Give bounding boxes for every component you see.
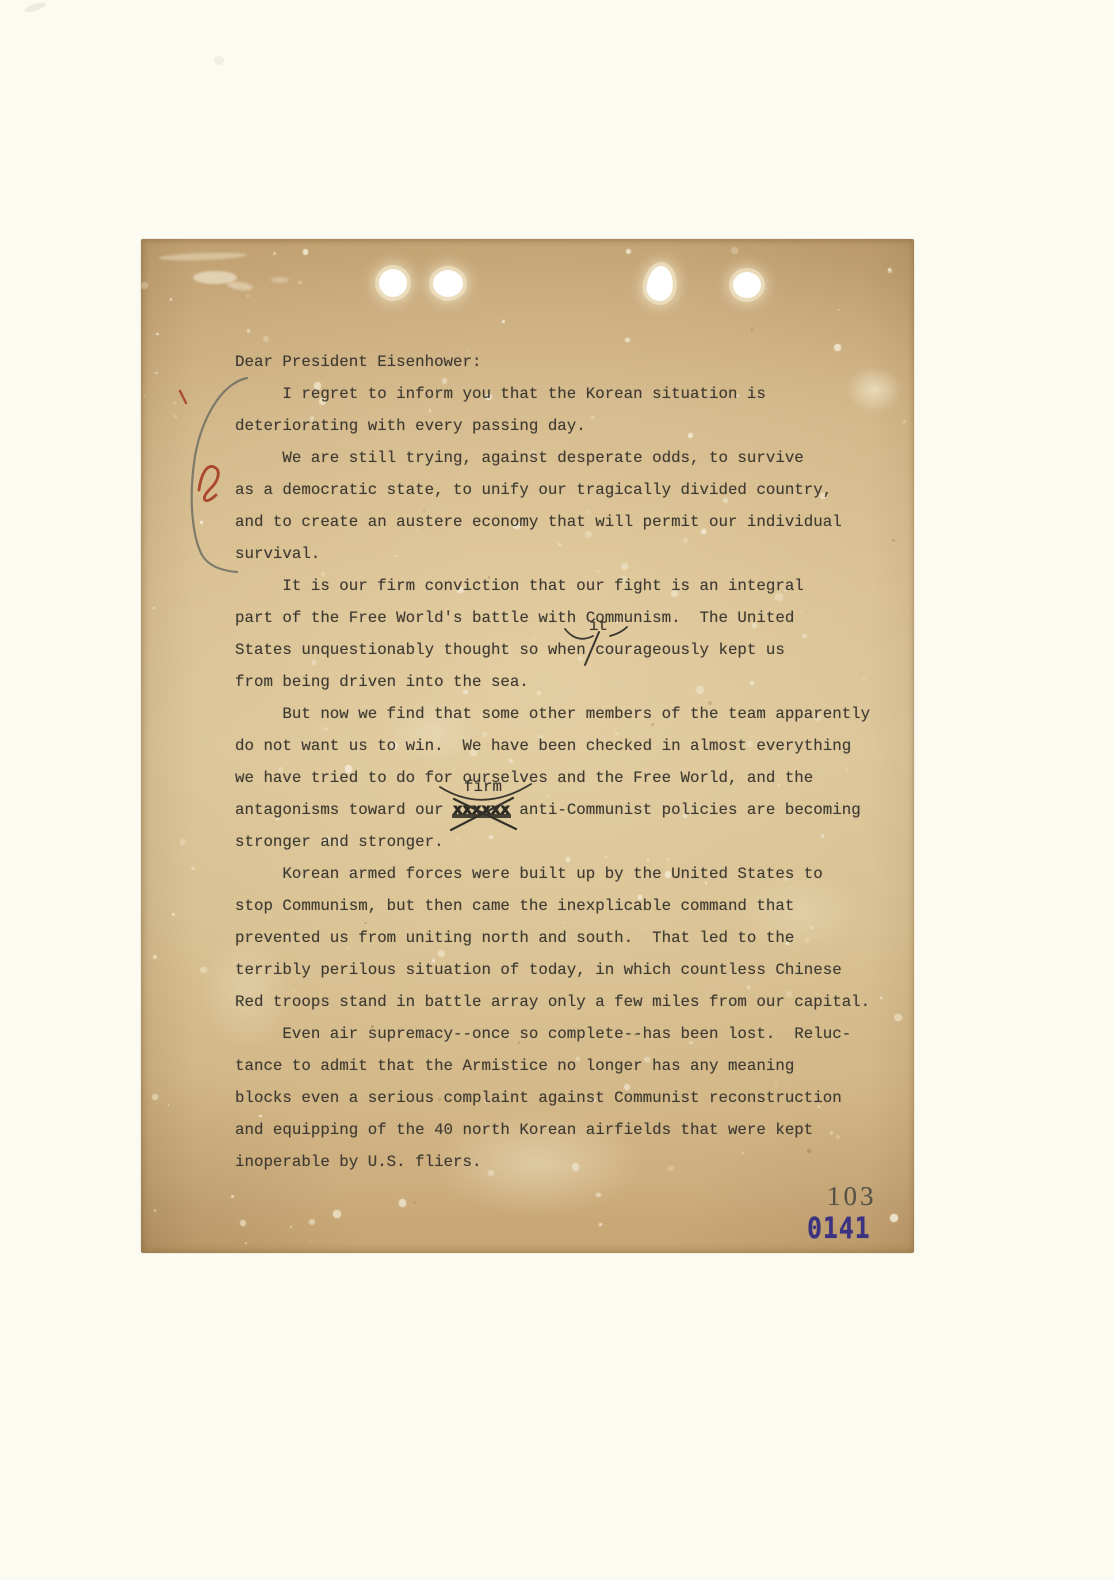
archive-stamp-number: 0141 [807, 1211, 871, 1245]
speckle [155, 372, 157, 374]
letter-line: Korean armed forces were built up by the… [235, 858, 925, 890]
letter-line: States unquestionably thought so when co… [235, 634, 925, 666]
speckle [180, 839, 186, 845]
speckle [309, 1219, 315, 1225]
letter-line: from being driven into the sea. [235, 666, 925, 698]
speckle [625, 338, 629, 342]
speckle [599, 1223, 602, 1226]
letter-body: Dear President Eisenhower: I regret to i… [235, 346, 925, 1178]
letter-line: stop Communism, but then came the inexpl… [235, 890, 925, 922]
speckle [187, 510, 189, 512]
letter-line: We are still trying, against desperate o… [235, 442, 925, 474]
speckle [310, 1241, 312, 1243]
speckle [263, 336, 269, 342]
letter-line: I regret to inform you that the Korean s… [235, 378, 925, 410]
speckle [245, 1242, 247, 1244]
letter-line: and to create an austere economy that wi… [235, 506, 925, 538]
scanned-document-view: Dear President Eisenhower: I regret to i… [0, 0, 1114, 1580]
speckle [731, 247, 738, 254]
punch-hole [433, 270, 463, 297]
letter-line: blocks even a serious complaint against … [235, 1082, 925, 1114]
speckle [191, 867, 195, 871]
dark-speck [751, 329, 753, 331]
letter-line: antagonisms toward our xxxxxx anti-Commu… [235, 794, 925, 826]
speckle [174, 415, 177, 418]
speckle [153, 607, 155, 609]
letter-line: deteriorating with every passing day. [235, 410, 925, 442]
red-handwritten-2 [199, 466, 218, 500]
speckle [303, 249, 309, 255]
scuff-mark [159, 251, 247, 261]
speckle [333, 1210, 341, 1218]
scuff-mark [271, 277, 289, 283]
speckle [173, 402, 176, 405]
letter-line: It is our firm conviction that our fight… [235, 570, 925, 602]
speckle [200, 521, 202, 523]
punch-hole [733, 272, 761, 298]
letter-line: survival. [235, 538, 925, 570]
speckle [170, 298, 173, 301]
punch-hole [645, 265, 675, 303]
speckle [154, 1209, 157, 1212]
speckle [273, 252, 276, 255]
letter-line: inoperable by U.S. fliers. [235, 1146, 925, 1178]
speckle [399, 1199, 406, 1206]
letter-line: as a democratic state, to unify our trag… [235, 474, 925, 506]
letter-line: do not want us to win. We have been chec… [235, 730, 925, 762]
letter-line: Dear President Eisenhower: [235, 346, 925, 378]
letter-line: terribly perilous situation of today, in… [235, 954, 925, 986]
red-tick-mark [180, 391, 186, 403]
speckle [381, 289, 383, 291]
punch-hole [379, 269, 407, 297]
speckle [626, 249, 631, 254]
speckle [141, 282, 148, 289]
letter-line: prevented us from uniting north and sout… [235, 922, 925, 954]
background-smudge [23, 1, 46, 14]
letter-line: Red troops stand in battle array only a … [235, 986, 925, 1018]
background-smudge [214, 56, 224, 65]
overstruck-word: xxxxxx [453, 801, 510, 819]
page-number: 103 [827, 1181, 877, 1212]
inserted-word-it: it [589, 617, 608, 635]
letter-line: Even air supremacy--once so complete--ha… [235, 1018, 925, 1050]
speckle [144, 395, 146, 397]
speckle [240, 1220, 246, 1226]
speckle [152, 1094, 158, 1100]
speckle [153, 955, 157, 959]
speckle [290, 1226, 293, 1229]
speckle [247, 295, 249, 297]
letter-line: But now we find that some other members … [235, 698, 925, 730]
letter-line: part of the Free World's battle with Com… [235, 602, 925, 634]
speckle [172, 913, 175, 916]
letter-line: stronger and stronger. [235, 826, 925, 858]
scuff-mark [227, 280, 254, 292]
letter-line: and equipping of the 40 north Korean air… [235, 1114, 925, 1146]
speckle [443, 299, 445, 301]
speckle [890, 1214, 898, 1222]
inserted-word-firm: firm [464, 778, 502, 796]
speckle [298, 281, 302, 285]
letter-text: antagonisms toward our [235, 801, 453, 819]
letter-text: anti-Communist policies are becoming [510, 801, 861, 819]
speckle [247, 329, 250, 332]
letter-line: we have tried to do for ourselves and th… [235, 762, 925, 794]
letter-page: Dear President Eisenhower: I regret to i… [141, 239, 914, 1253]
dark-speck [413, 1201, 416, 1204]
speckle [156, 333, 158, 335]
speckle [502, 320, 505, 323]
speckle [231, 1195, 233, 1197]
speckle [838, 309, 840, 311]
speckle [168, 1104, 170, 1106]
letter-line: tance to admit that the Armistice no lon… [235, 1050, 925, 1082]
